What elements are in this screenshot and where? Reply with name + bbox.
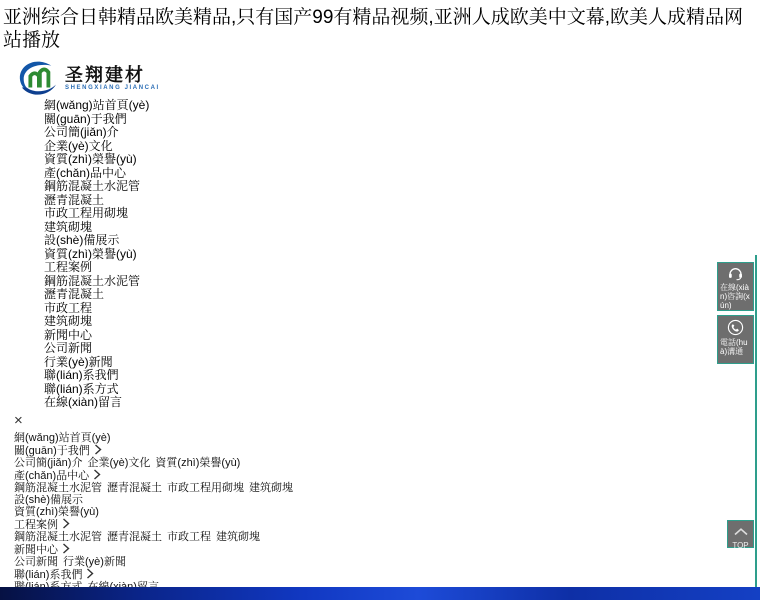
nav-item[interactable]: 資質(zhì)榮譽(yù) xyxy=(44,153,760,167)
nav-item[interactable]: 聯(lián)系我們 xyxy=(44,369,760,383)
nav-item[interactable]: 公司新聞 xyxy=(44,342,760,356)
headset-icon xyxy=(727,266,744,281)
nav-item[interactable]: 建筑砌塊 xyxy=(44,315,760,329)
logo-subtitle: SHENGXIANG JIANCAI xyxy=(65,85,160,91)
mobile-menu-sublink[interactable]: 鋼筋混凝土水泥管 xyxy=(14,531,102,543)
chevron-right-icon xyxy=(93,469,101,480)
mobile-menu-sublink[interactable]: 瀝青混凝土 xyxy=(107,482,162,494)
logo-text: 圣翔建材 SHENGXIANG JIANCAI xyxy=(65,65,160,91)
phone-contact-label: 電話(huà)溝通 xyxy=(720,338,751,356)
mobile-menu-row: 設(shè)備展示 xyxy=(14,494,760,506)
mobile-menu-link[interactable]: 設(shè)備展示 xyxy=(14,494,83,506)
mobile-menu-row: 新聞中心 xyxy=(14,543,760,556)
mobile-menu-sublink[interactable]: 公司簡(jiǎn)介 xyxy=(14,457,82,469)
online-consult-label: 在線(xiàn)咨詢(xún) xyxy=(720,283,751,310)
back-to-top-button[interactable]: TOP xyxy=(727,520,754,548)
mobile-menu-sublink[interactable]: 建筑砌塊 xyxy=(249,482,293,494)
mobile-menu-row: 資質(zhì)榮譽(yù) xyxy=(14,506,760,518)
nav-item[interactable]: 企業(yè)文化 xyxy=(44,140,760,154)
nav-item[interactable]: 關(guān)于我們 xyxy=(44,113,760,127)
nav-item[interactable]: 市政工程用砌塊 xyxy=(44,207,760,221)
mobile-menu-sublink[interactable]: 公司新聞 xyxy=(14,556,58,568)
nav-item[interactable]: 公司簡(jiǎn)介 xyxy=(44,126,760,140)
nav-item[interactable]: 瀝青混凝土 xyxy=(44,288,760,302)
mobile-menu-sublink[interactable]: 資質(zhì)榮譽(yù) xyxy=(155,457,240,469)
mobile-menu-subrow: 鋼筋混凝土水泥管瀝青混凝土市政工程用砌塊建筑砌塊 xyxy=(14,482,760,494)
back-to-top-label: TOP xyxy=(728,541,753,550)
mobile-menu-row: 產(chǎn)品中心 xyxy=(14,469,760,482)
mobile-menu-sublink[interactable]: 行業(yè)新聞 xyxy=(63,556,126,568)
nav-item[interactable]: 鋼筋混凝土水泥管 xyxy=(44,275,760,289)
chevron-right-icon xyxy=(62,518,70,529)
chevron-right-icon xyxy=(62,543,70,554)
nav-item[interactable]: 設(shè)備展示 xyxy=(44,234,760,248)
close-icon[interactable]: × xyxy=(14,414,28,427)
mobile-menu-row: 聯(lián)系我們 xyxy=(14,568,760,581)
mobile-menu-row: 關(guān)于我們 xyxy=(14,444,760,457)
nav-item[interactable]: 網(wǎng)站首頁(yè) xyxy=(44,99,760,113)
mobile-menu-sublink[interactable]: 建筑砌塊 xyxy=(216,531,260,543)
mobile-menu-link[interactable]: 聯(lián)系我們 xyxy=(14,569,82,581)
mobile-menu-subrow: 鋼筋混凝土水泥管瀝青混凝土市政工程建筑砌塊 xyxy=(14,531,760,543)
mobile-menu: 網(wǎng)站首頁(yè)關(guān)于我們公司簡(jiǎn)介企業(yè)… xyxy=(14,432,760,593)
mobile-menu-sublink[interactable]: 企業(yè)文化 xyxy=(87,457,150,469)
mobile-menu-link[interactable]: 產(chǎn)品中心 xyxy=(14,470,89,482)
mobile-menu-subrow: 公司新聞行業(yè)新聞 xyxy=(14,556,760,568)
mobile-menu-link[interactable]: 資質(zhì)榮譽(yù) xyxy=(14,506,99,518)
chevron-up-icon xyxy=(733,527,749,536)
bottom-banner xyxy=(0,587,760,600)
nav-item[interactable]: 工程案例 xyxy=(44,261,760,275)
nav-item[interactable]: 建筑砌塊 xyxy=(44,221,760,235)
logo-icon xyxy=(14,59,60,97)
nav-item[interactable]: 市政工程 xyxy=(44,302,760,316)
mobile-menu-subrow: 公司簡(jiǎn)介企業(yè)文化資質(zhì)榮譽(yù) xyxy=(14,457,760,469)
mobile-menu-link[interactable]: 新聞中心 xyxy=(14,544,58,556)
logo-name: 圣翔建材 xyxy=(65,65,160,85)
chevron-right-icon xyxy=(94,444,102,455)
mobile-menu-sublink[interactable]: 市政工程用砌塊 xyxy=(167,482,244,494)
mobile-menu-row: 網(wǎng)站首頁(yè) xyxy=(14,432,760,444)
mobile-menu-link[interactable]: 工程案例 xyxy=(14,519,58,531)
nav-item[interactable]: 鋼筋混凝土水泥管 xyxy=(44,180,760,194)
nav-item[interactable]: 瀝青混凝土 xyxy=(44,194,760,208)
online-consult-button[interactable]: 在線(xiàn)咨詢(xún) xyxy=(717,262,754,311)
mobile-menu-sublink[interactable]: 鋼筋混凝土水泥管 xyxy=(14,482,102,494)
mobile-menu-sublink[interactable]: 市政工程 xyxy=(167,531,211,543)
mobile-menu-link[interactable]: 關(guān)于我們 xyxy=(14,445,90,457)
nav-item[interactable]: 在線(xiàn)留言 xyxy=(44,396,760,410)
mobile-menu-row: 工程案例 xyxy=(14,518,760,531)
main-nav-list: 網(wǎng)站首頁(yè)關(guān)于我們公司簡(jiǎn)介企業(yè)… xyxy=(44,99,760,410)
nav-item[interactable]: 產(chǎn)品中心 xyxy=(44,167,760,181)
chevron-right-icon xyxy=(86,568,94,579)
nav-item[interactable]: 行業(yè)新聞 xyxy=(44,356,760,370)
phone-contact-button[interactable]: 電話(huà)溝通 xyxy=(717,315,754,364)
mobile-menu-link[interactable]: 網(wǎng)站首頁(yè) xyxy=(14,432,111,444)
mobile-menu-sublink[interactable]: 瀝青混凝土 xyxy=(107,531,162,543)
nav-item[interactable]: 聯(lián)系方式 xyxy=(44,383,760,397)
company-logo[interactable]: 圣翔建材 SHENGXIANG JIANCAI xyxy=(14,59,174,97)
toolbar-divider xyxy=(755,255,757,587)
nav-item[interactable]: 新聞中心 xyxy=(44,329,760,343)
phone-icon xyxy=(727,319,744,336)
page-title: 亚洲综合日韩精品欧美精品,只有国产99有精品视频,亚洲人成欧美中文幕,欧美人成精… xyxy=(0,0,760,52)
nav-item[interactable]: 資質(zhì)榮譽(yù) xyxy=(44,248,760,262)
